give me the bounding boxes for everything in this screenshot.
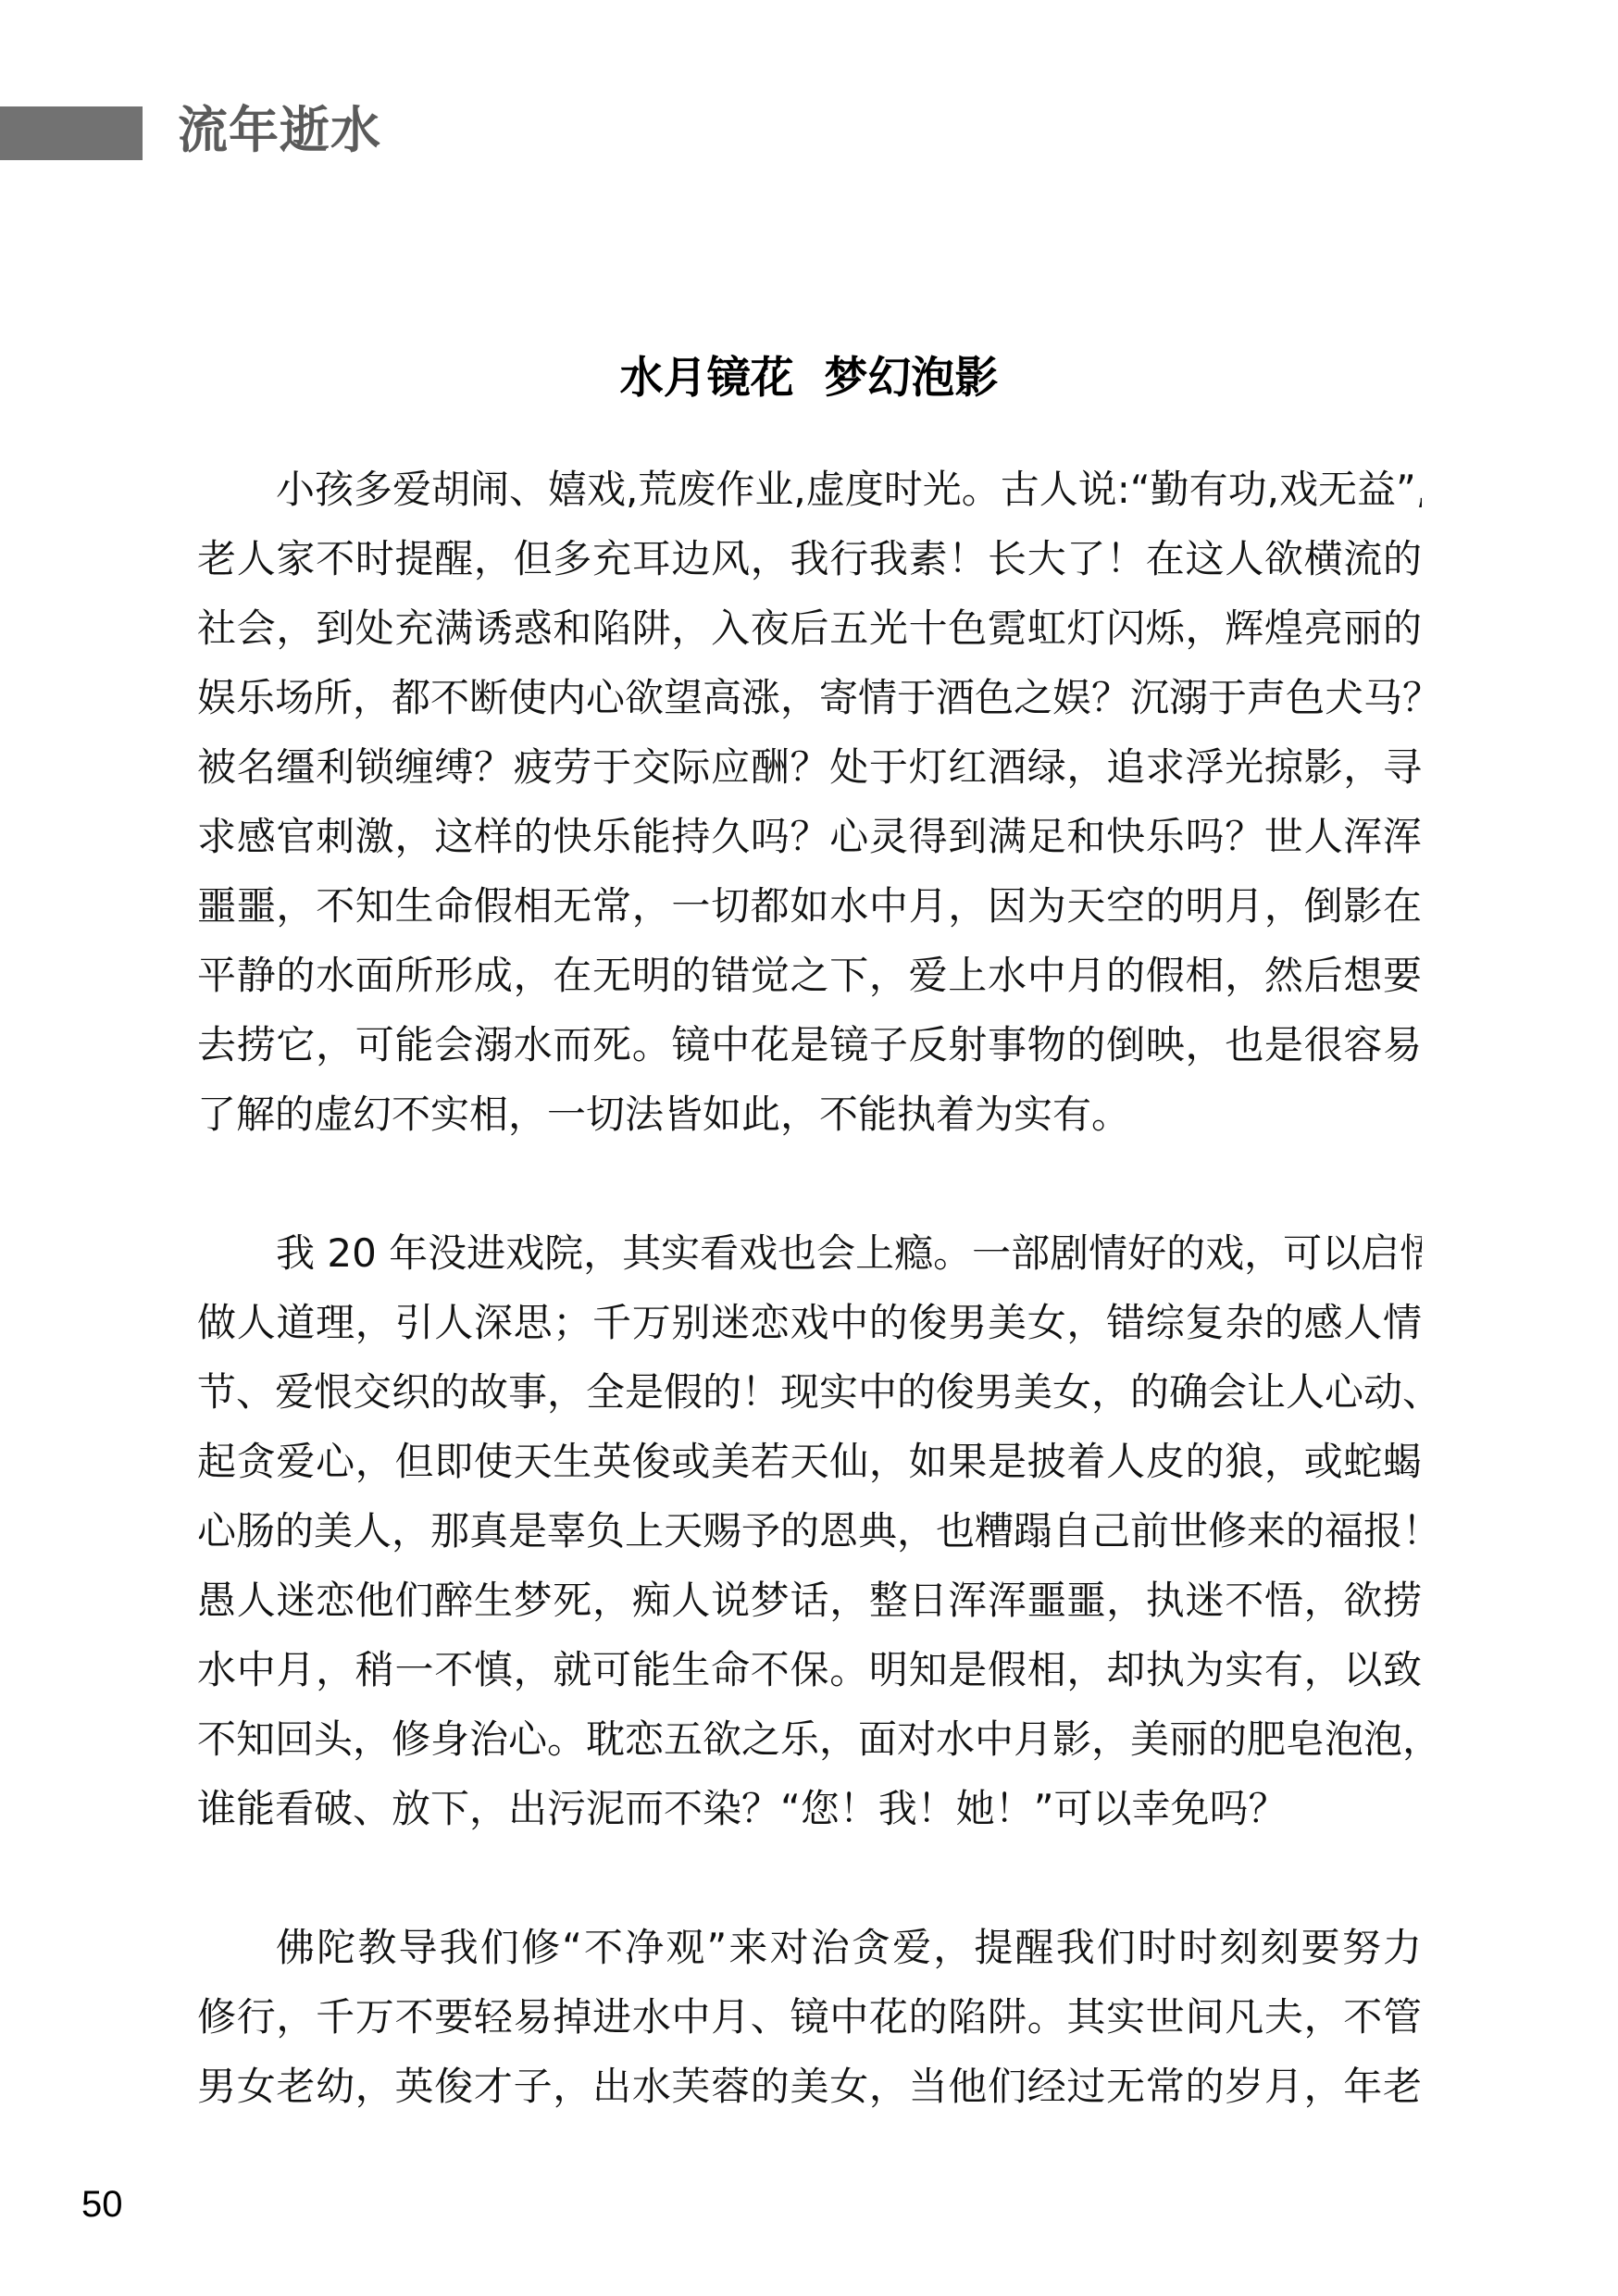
text-line: 节、爱恨交织的故事，全是假的！现实中的俊男美女，的确会让人心动、 <box>197 1357 1422 1427</box>
text-line: 噩噩，不知生命假相无常，一切都如水中月，因为天空的明月，倒影在 <box>197 871 1422 941</box>
text-line: 了解的虚幻不实相，一切法皆如此，不能执着为实有。 <box>197 1079 1422 1149</box>
paragraph-3: 佛陀教导我们修“不净观”来对治贪爱，提醒我们时时刻刻要努力 修行，千万不要轻易掉… <box>197 1913 1422 2121</box>
text-line: 男女老幼，英俊才子，出水芙蓉的美女，当他们经过无常的岁月，年老 <box>197 2052 1422 2121</box>
text-line: 不知回头，修身治心。耽恋五欲之乐，面对水中月影，美丽的肥皂泡泡， <box>197 1704 1422 1774</box>
text-line: 谁能看破、放下，出污泥而不染？“您！我！她！”可以幸免吗？ <box>197 1774 1422 1843</box>
text-line: 做人道理，引人深思；千万别迷恋戏中的俊男美女，错综复杂的感人情 <box>197 1288 1422 1357</box>
text-line: 社会，到处充满诱惑和陷阱，入夜后五光十色霓虹灯闪烁，辉煌亮丽的 <box>197 593 1422 663</box>
text-line: 我 20 年没进戏院，其实看戏也会上瘾。一部剧情好的戏，可以启悟 <box>197 1218 1422 1288</box>
text-line: 佛陀教导我们修“不净观”来对治贪爱，提醒我们时时刻刻要努力 <box>197 1913 1422 1982</box>
paragraph-1: 小孩多爱胡闹、嬉戏,荒废作业,虚度时光。古人说:“勤有功,戏无益”, 老人家不时… <box>197 455 1422 1149</box>
text-line: 心肠的美人，那真是辜负上天赐予的恩典，也糟蹋自己前世修来的福报！ <box>197 1496 1422 1566</box>
text-line: 愚人迷恋他们醉生梦死，痴人说梦话，整日浑浑噩噩，执迷不悟，欲捞 <box>197 1566 1422 1635</box>
text-line: 被名缰利锁缠缚？疲劳于交际应酬？处于灯红酒绿，追求浮光掠影，寻 <box>197 732 1422 802</box>
text-line: 去捞它，可能会溺水而死。镜中花是镜子反射事物的倒映，也是很容易 <box>197 1010 1422 1079</box>
text-line: 起贪爱心，但即使天生英俊或美若天仙，如果是披着人皮的狼，或蛇蝎 <box>197 1427 1422 1496</box>
text-line: 小孩多爱胡闹、嬉戏,荒废作业,虚度时光。古人说:“勤有功,戏无益”, <box>197 455 1422 524</box>
text-line: 修行，千万不要轻易掉进水中月、镜中花的陷阱。其实世间凡夫，不管 <box>197 1982 1422 2052</box>
paragraph-2: 我 20 年没进戏院，其实看戏也会上瘾。一部剧情好的戏，可以启悟 做人道理，引人… <box>197 1218 1422 1843</box>
text-line: 老人家不时提醒，但多充耳边风，我行我素！长大了！在这人欲横流的 <box>197 524 1422 593</box>
page-number: 50 <box>81 2183 123 2226</box>
article-body: 小孩多爱胡闹、嬉戏,荒废作业,虚度时光。古人说:“勤有功,戏无益”, 老人家不时… <box>197 455 1422 2121</box>
text-line: 娱乐场所，都不断使内心欲望高涨，寄情于酒色之娱？沉溺于声色犬马？ <box>197 663 1422 732</box>
section-title: 流年逝水 <box>178 104 381 157</box>
text-line: 平静的水面所形成，在无明的错觉之下，爱上水中月的假相，然后想要 <box>197 941 1422 1010</box>
section-header-bar <box>0 106 143 160</box>
text-line: 求感官刺激，这样的快乐能持久吗？心灵得到满足和快乐吗？世人浑浑 <box>197 802 1422 871</box>
text-line: 水中月，稍一不慎，就可能生命不保。明知是假相，却执为实有，以致 <box>197 1635 1422 1704</box>
article-title: 水月镜花 梦幻泡影 <box>0 351 1618 406</box>
